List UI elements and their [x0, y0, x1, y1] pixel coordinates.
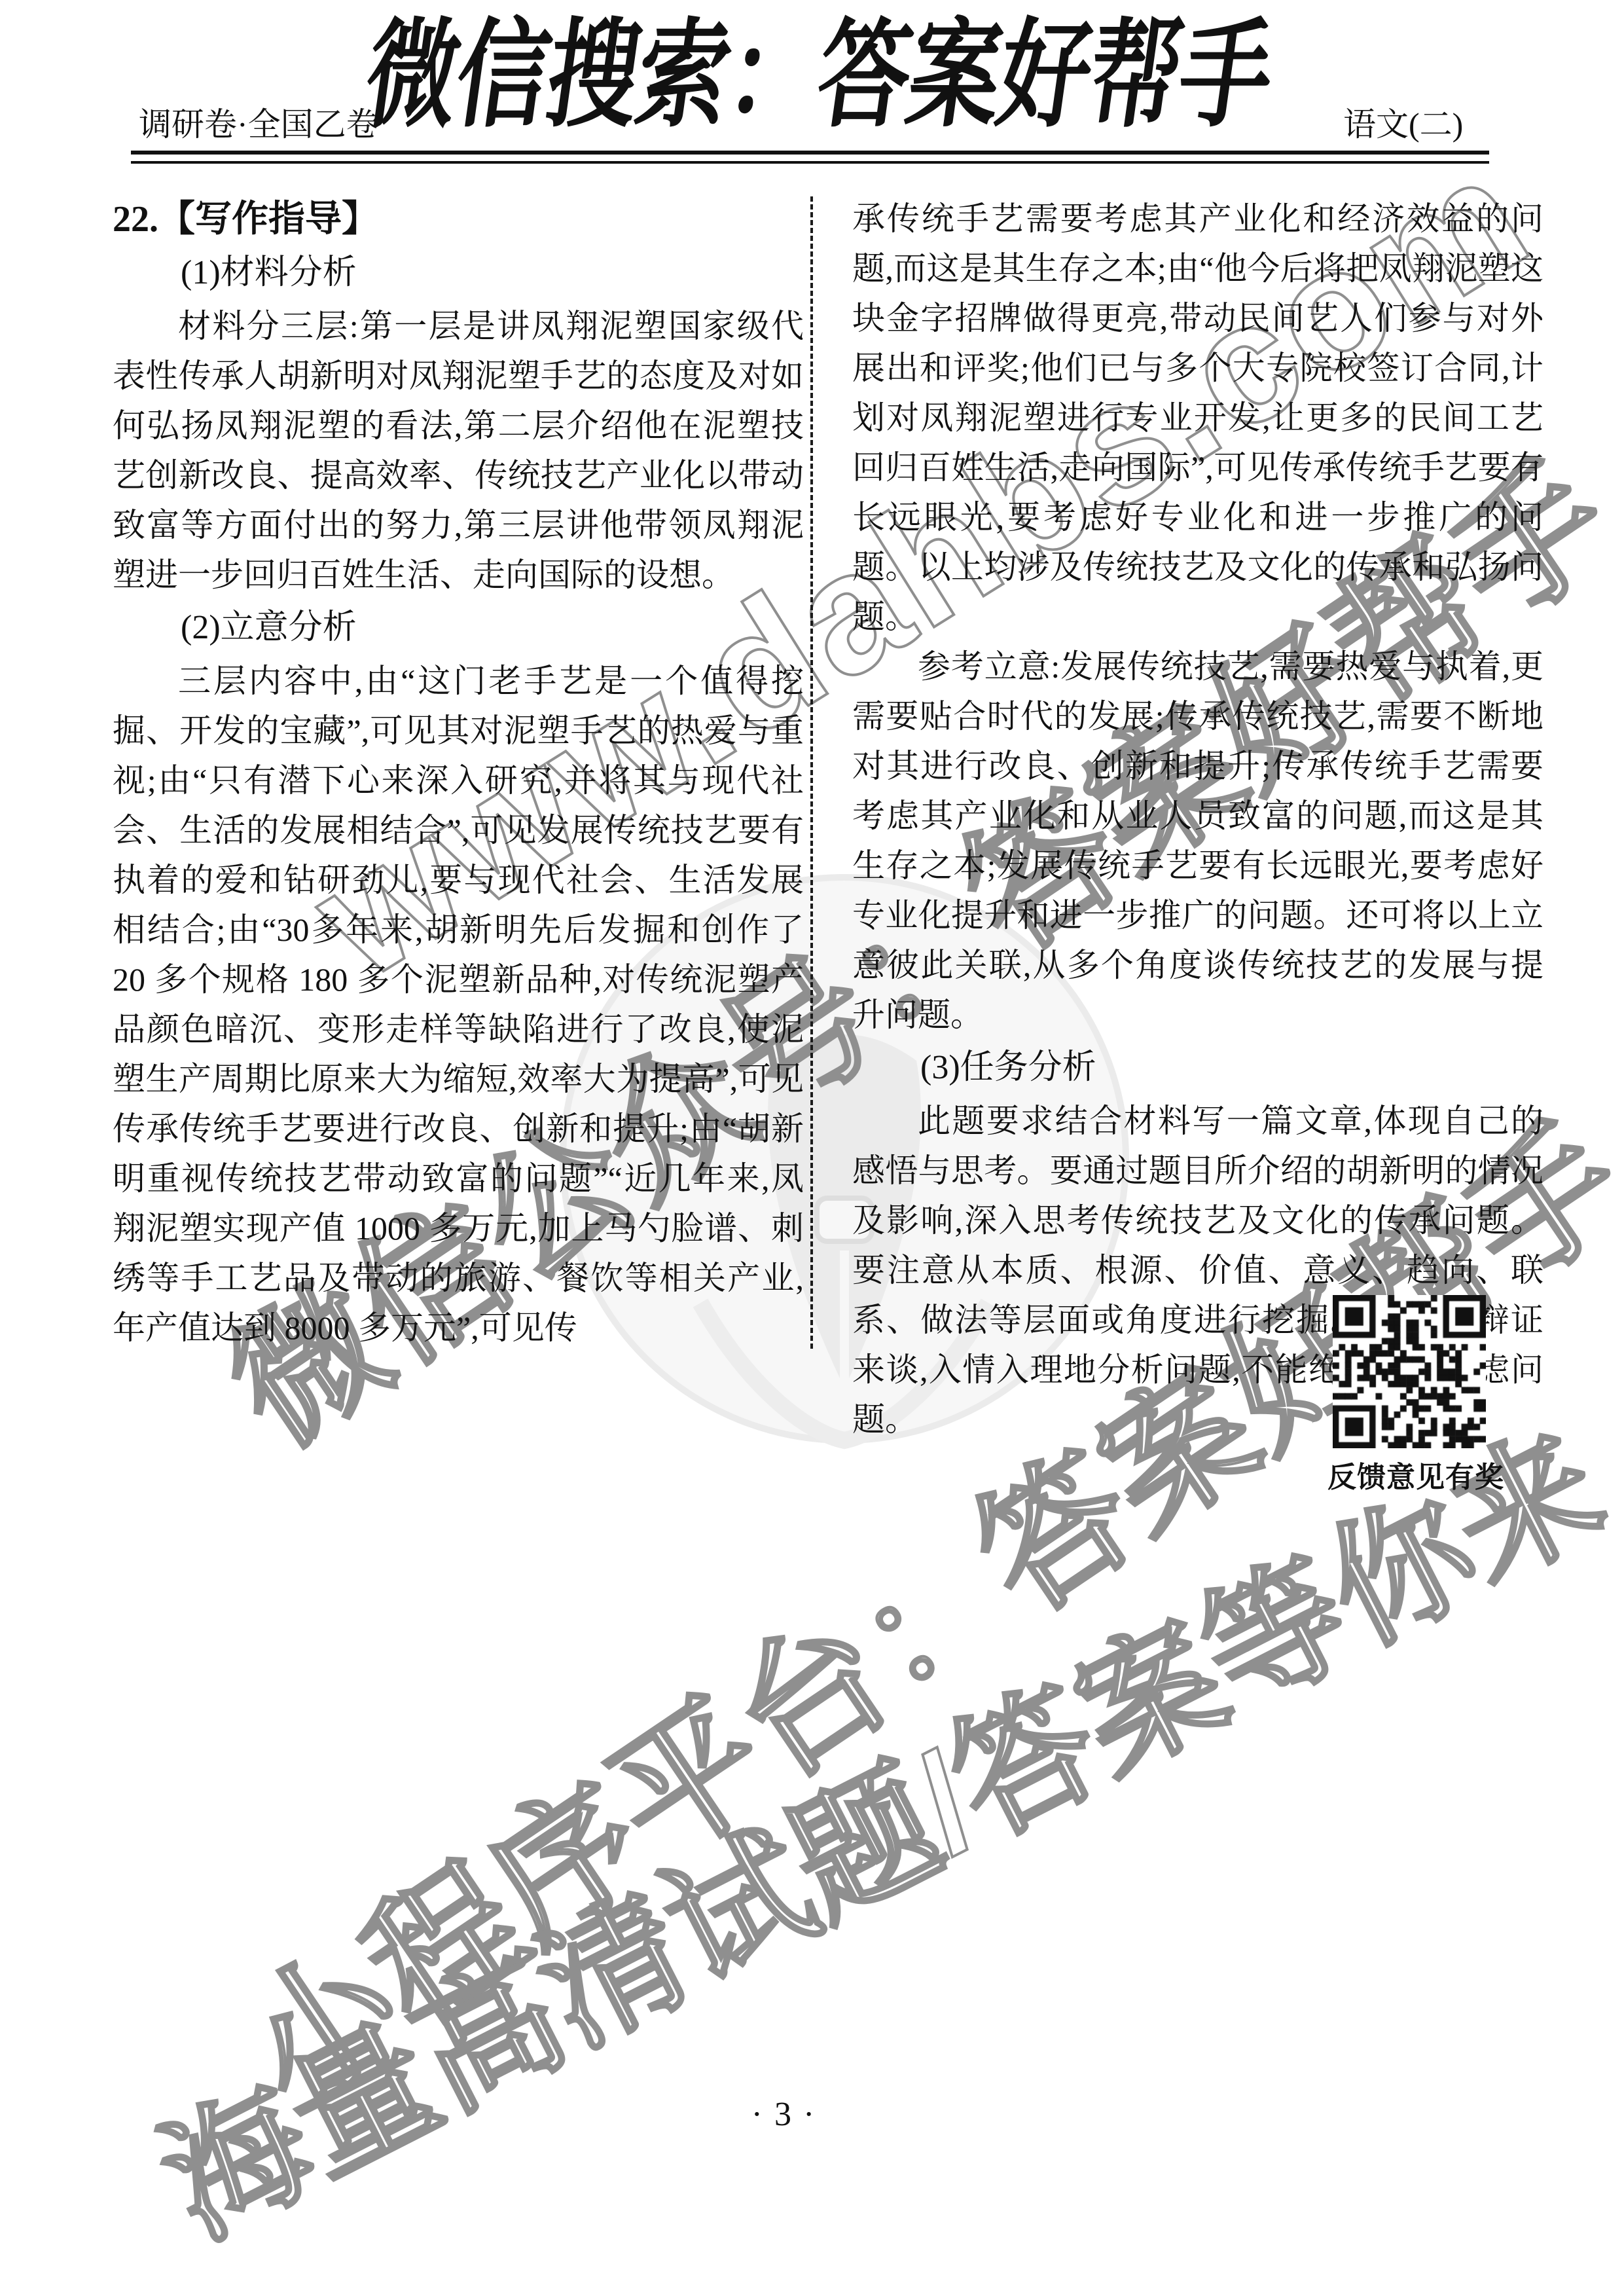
header-promo-title: 微信搜索：答案好帮手	[357, 0, 1284, 150]
header-double-rule	[131, 151, 1489, 164]
column-divider-dashed	[810, 196, 813, 1349]
paragraph: 材料分三层:第一层是讲凤翔泥塑国家级代表性传承人胡新明对凤翔泥塑手艺的态度及对如…	[113, 301, 804, 600]
right-column: 承传统手艺需要考虑其产业化和经济效益的问题,而这是其生存之本;由“他今后将把凤翔…	[852, 194, 1543, 1444]
paragraph-continued: 承传统手艺需要考虑其产业化和经济效益的问题,而这是其生存之本;由“他今后将把凤翔…	[852, 194, 1543, 642]
feedback-qr-block: 反馈意见有奖	[1327, 1295, 1491, 1495]
qr-code	[1333, 1295, 1486, 1448]
watermark-slogan: 海量高清试题/答案等你来	[124, 1374, 1624, 2274]
page-number: ·3·	[697, 2095, 880, 2134]
qr-caption: 反馈意见有奖	[1327, 1453, 1491, 1495]
section-2-subheading: (2)立意分析	[113, 602, 804, 653]
section-1-subheading: (1)材料分析	[113, 247, 804, 299]
header-subject-label: 语文(二)	[1343, 98, 1463, 145]
left-column: 22.【写作指导】 (1)材料分析 材料分三层:第一层是讲凤翔泥塑国家级代表性传…	[113, 194, 804, 1353]
question-heading: 22.【写作指导】	[113, 194, 804, 245]
section-3-subheading: (3)任务分析	[852, 1042, 1543, 1093]
paragraph: 三层内容中,由“这门老手艺是一个值得挖掘、开发的宝藏”,可见其对泥塑手艺的热爱与…	[113, 656, 804, 1353]
exam-answer-page: www.dahbs.com 微信公众号：答案好帮手 小程序平台：答案好帮手 海量…	[0, 0, 1624, 2283]
header-edition-label: 调研卷·全国乙卷	[139, 98, 379, 145]
paragraph: 参考立意:发展传统技艺,需要热爱与执着,更需要贴合时代的发展;传承传统技艺,需要…	[852, 642, 1543, 1040]
